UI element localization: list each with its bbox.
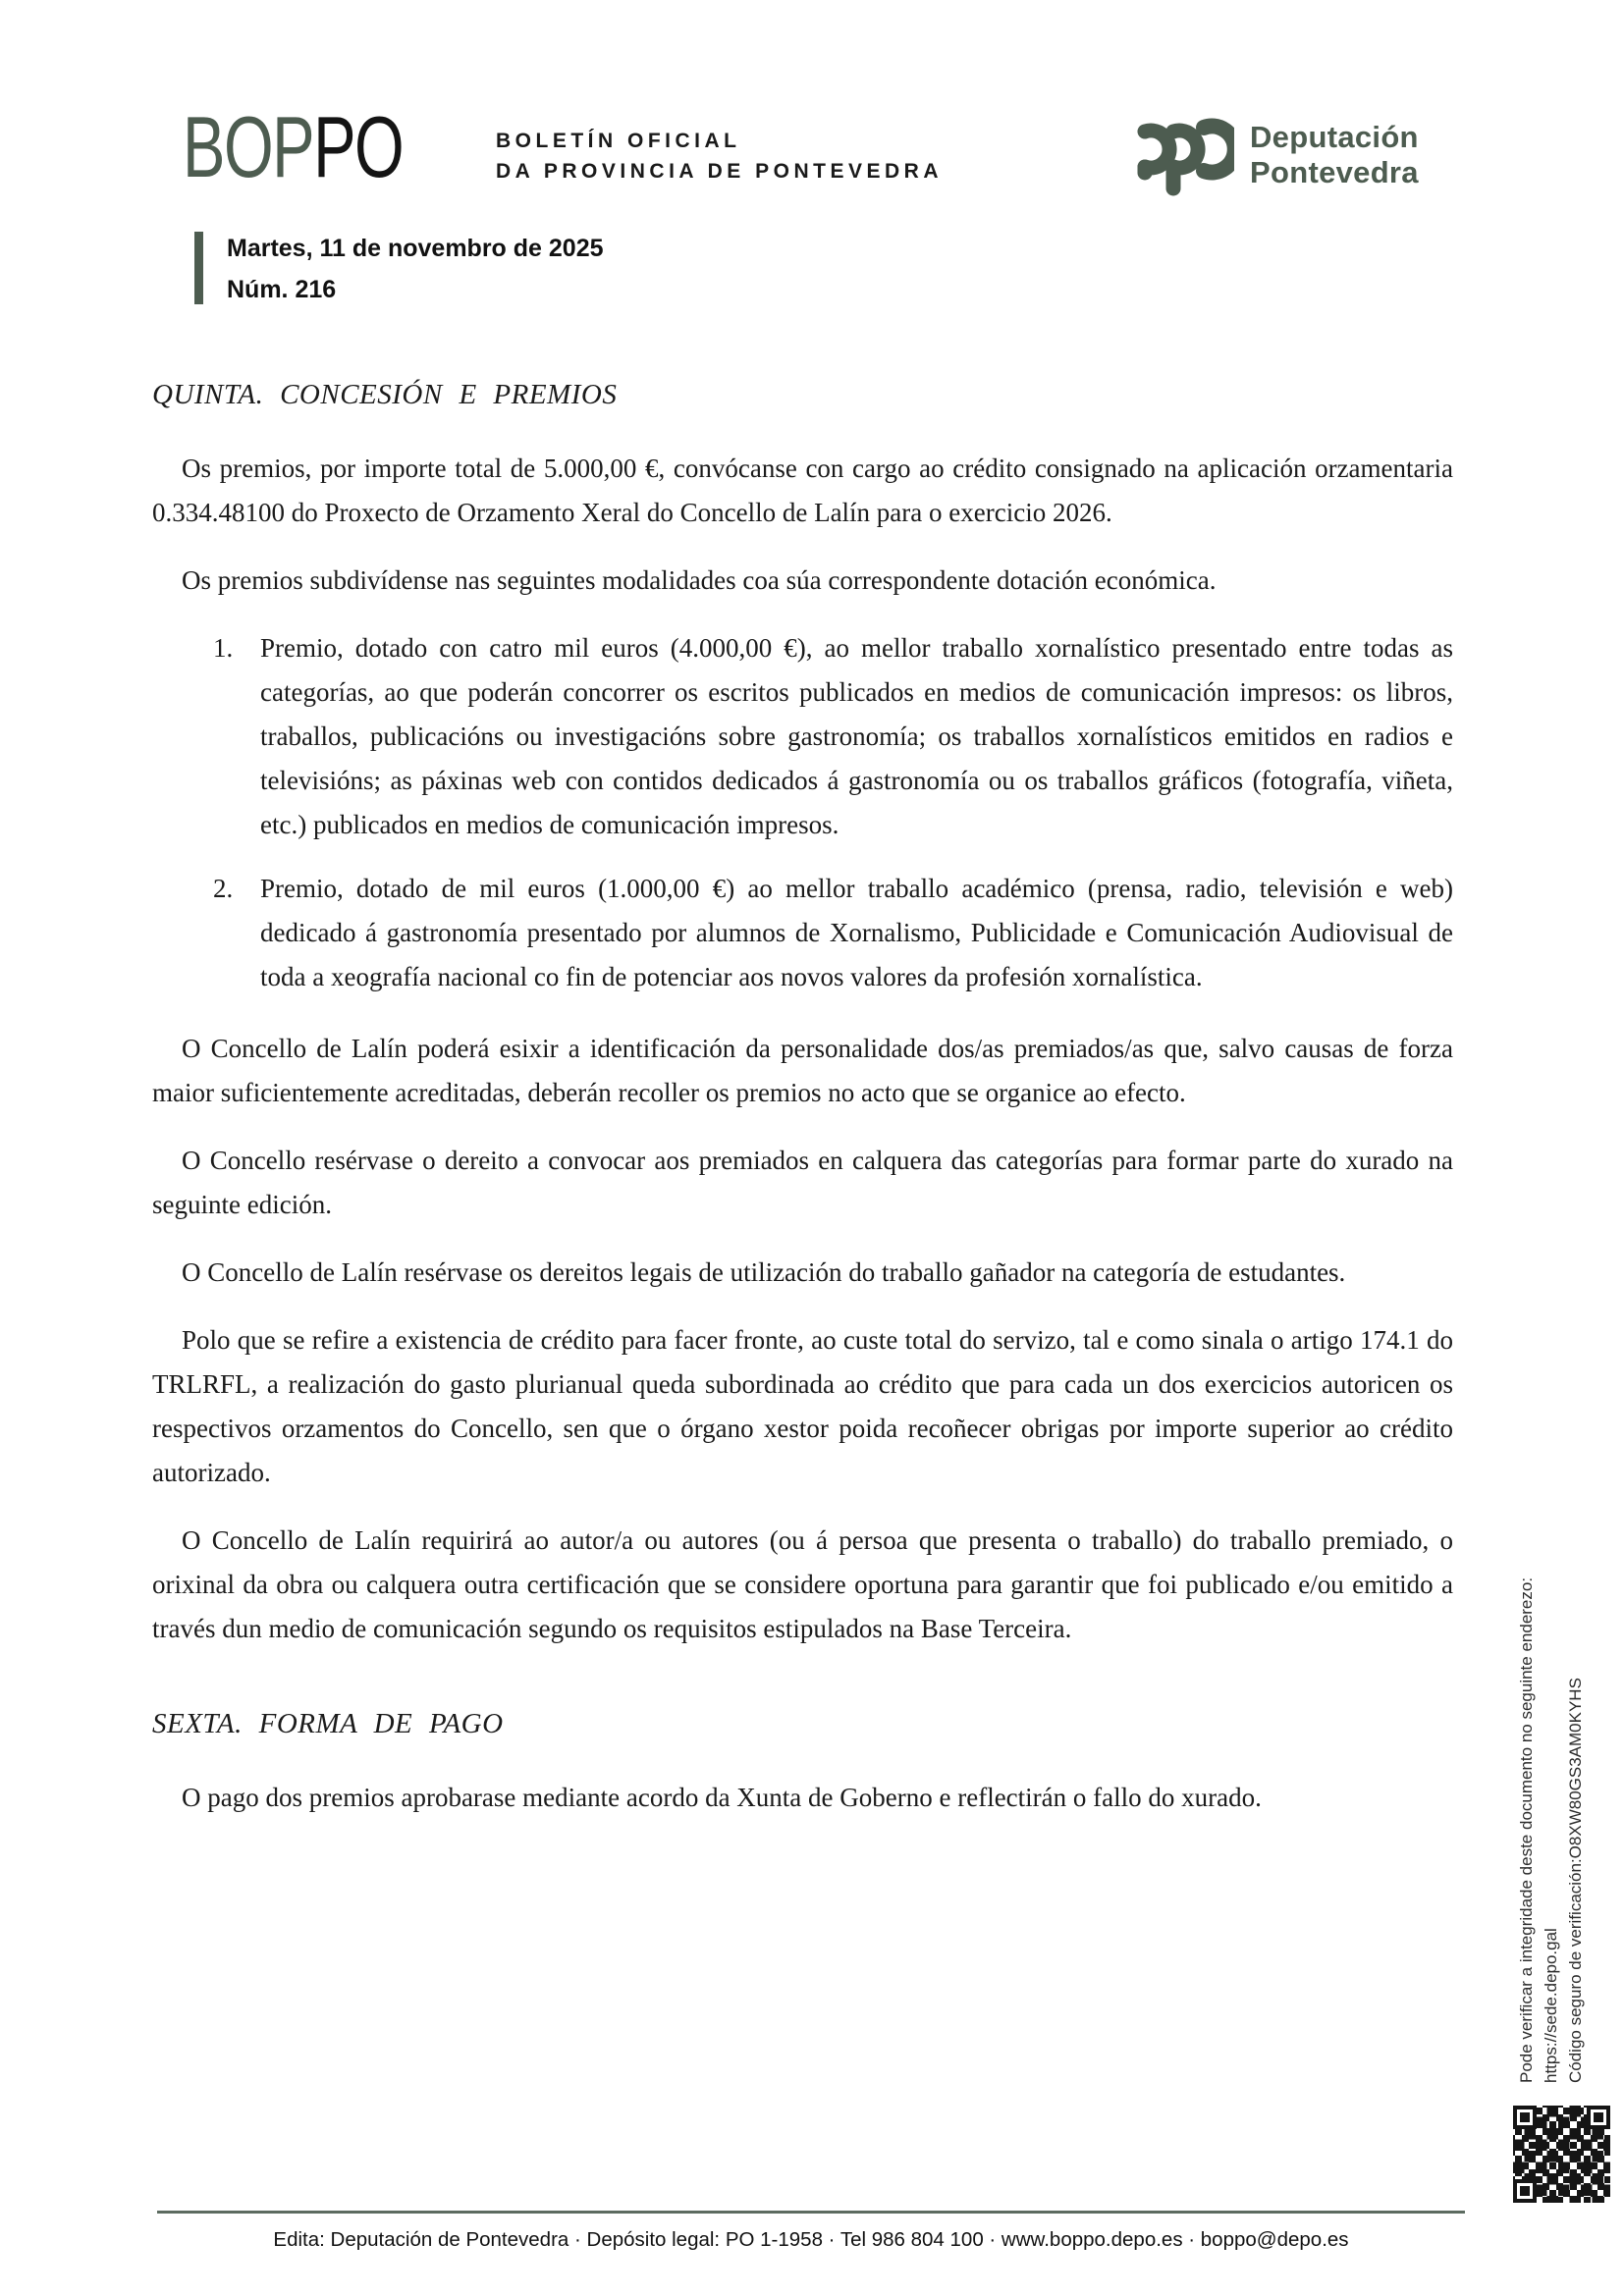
document-body: QUINTA. CONCESIÓN E PREMIOS Os premios, …	[152, 373, 1453, 1843]
deputacion-name: Deputación Pontevedra	[1250, 120, 1419, 190]
list-marker-2: 2.	[213, 867, 250, 911]
paragraph-quinta-4: O Concello resérvase o dereito a convoca…	[152, 1139, 1453, 1227]
prize-list-item-2: 2. Premio, dotado de mil euros (1.000,00…	[213, 867, 1453, 999]
deputacion-name-line1: Deputación	[1250, 120, 1419, 155]
verification-code: Código seguro de verificación:O8XW80GS3A…	[1563, 1584, 1588, 2083]
paragraph-quinta-6: Polo que se refire a existencia de crédi…	[152, 1318, 1453, 1495]
paragraph-quinta-5: O Concello de Lalín resérvase os dereito…	[152, 1251, 1453, 1295]
list-text-2: Premio, dotado de mil euros (1.000,00 €)…	[260, 874, 1453, 991]
paragraph-quinta-2: Os premios subdivídense nas seguintes mo…	[152, 559, 1453, 603]
section-heading-quinta: QUINTA. CONCESIÓN E PREMIOS	[152, 373, 1453, 417]
footer-imprint: Edita: Deputación de Pontevedra · Depósi…	[157, 2228, 1465, 2252]
paragraph-sexta-1: O pago dos premios aprobarase mediante a…	[152, 1776, 1453, 1820]
qr-modules	[1513, 2106, 1610, 2203]
section-heading-sexta: SEXTA. FORMA DE PAGO	[152, 1702, 1453, 1746]
issue-block: Martes, 11 de novembro de 2025 Núm. 216	[194, 232, 604, 304]
prize-list: 1. Premio, dotado con catro mil euros (4…	[213, 626, 1453, 999]
boppo-wordmark: BOPPO	[183, 104, 403, 190]
qr-finder-bottom-left	[1513, 2179, 1537, 2203]
masthead-subtitle: BOLETÍN OFICIAL DA PROVINCIA DE PONTEVED…	[496, 126, 943, 187]
footer-rule	[157, 2211, 1465, 2214]
issue-date: Martes, 11 de novembro de 2025	[227, 234, 604, 263]
boppo-wordmark-bop: BOP	[183, 98, 313, 195]
prize-list-item-1: 1. Premio, dotado con catro mil euros (4…	[213, 626, 1453, 847]
boppo-document-page: BOPPO BOLETÍN OFICIAL DA PROVINCIA DE PO…	[0, 0, 1624, 2296]
verification-sidebar: Pode verificar a integridade deste docum…	[1514, 1584, 1588, 2083]
verification-qr-code	[1510, 2103, 1613, 2206]
masthead-subtitle-line1: BOLETÍN OFICIAL	[496, 126, 943, 156]
issue-text: Martes, 11 de novembro de 2025 Núm. 216	[227, 232, 604, 304]
paragraph-quinta-3: O Concello de Lalín poderá esixir a iden…	[152, 1027, 1453, 1115]
verification-url: https://sede.depo.gal	[1539, 1584, 1563, 2083]
deputacion-name-line2: Pontevedra	[1250, 155, 1419, 190]
deputacion-crescents-icon	[1132, 108, 1234, 202]
qr-finder-top-left	[1513, 2106, 1537, 2129]
list-marker-1: 1.	[213, 626, 250, 670]
list-text-1: Premio, dotado con catro mil euros (4.00…	[260, 633, 1453, 839]
verification-text: Pode verificar a integridade deste docum…	[1514, 1584, 1539, 2083]
boppo-logo: BOPPO	[183, 98, 480, 196]
boppo-wordmark-po: PO	[313, 98, 403, 195]
issue-number: Núm. 216	[227, 275, 604, 304]
deputacion-logo: Deputación Pontevedra	[1132, 108, 1419, 202]
paragraph-quinta-7: O Concello de Lalín requirirá ao autor/a…	[152, 1519, 1453, 1651]
masthead-subtitle-line2: DA PROVINCIA DE PONTEVEDRA	[496, 156, 943, 187]
paragraph-quinta-1: Os premios, por importe total de 5.000,0…	[152, 447, 1453, 535]
issue-accent-bar	[194, 232, 203, 304]
qr-finder-top-right	[1587, 2106, 1610, 2129]
